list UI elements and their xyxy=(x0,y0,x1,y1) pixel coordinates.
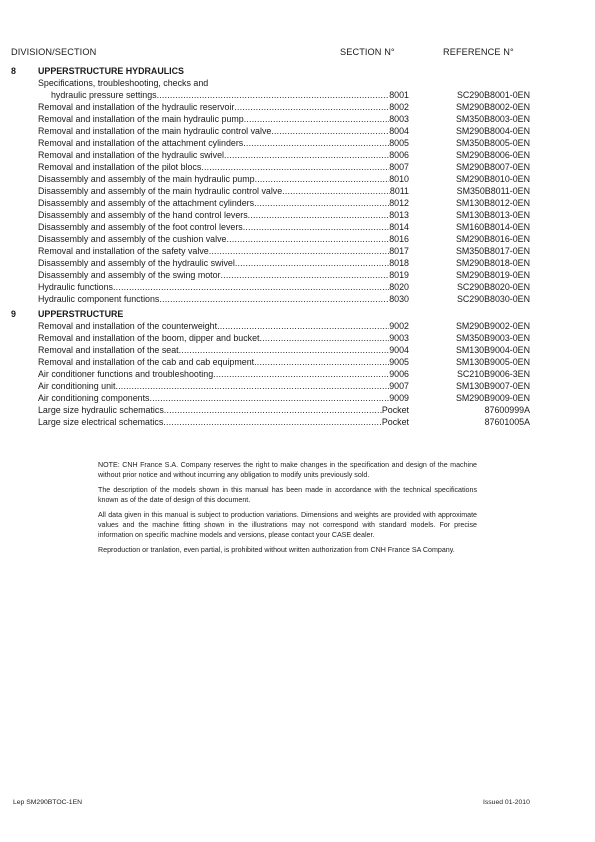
toc-entry[interactable]: Specifications, troubleshooting, checks … xyxy=(11,77,571,89)
section-title: UPPERSTRUCTURE xyxy=(38,308,123,320)
entry-section-number: 8016 xyxy=(389,233,409,245)
entry-label: hydraulic pressure settings xyxy=(51,89,157,101)
entry-label: Disassembly and assembly of the main hyd… xyxy=(38,185,282,197)
entry-section-number: 8018 xyxy=(389,257,409,269)
toc-entry[interactable]: hydraulic pressure settings8001SC290B800… xyxy=(11,89,571,101)
entry-reference-number: SM350B8003-0EN xyxy=(409,113,530,125)
leader-dots xyxy=(234,101,389,113)
entry-label: Disassembly and assembly of the foot con… xyxy=(38,221,243,233)
toc-entry[interactable]: Removal and installation of the cab and … xyxy=(11,356,571,368)
entry-section-number: 8030 xyxy=(389,293,409,305)
entry-section-number: 8019 xyxy=(389,269,409,281)
entry-label: Air conditioner functions and troublesho… xyxy=(38,368,213,380)
leader-dots xyxy=(150,392,390,404)
entry-reference-number: SM290B8007-0EN xyxy=(409,161,530,173)
entry-label: Removal and installation of the seat xyxy=(38,344,179,356)
entry-section-number: Pocket xyxy=(382,416,409,428)
entry-section-number: 8017 xyxy=(389,245,409,257)
entry-reference-number: SM290B8010-0EN xyxy=(409,173,530,185)
entry-reference-number: SM130B9005-0EN xyxy=(409,356,530,368)
leader-dots xyxy=(157,89,390,101)
entry-section-number: 9004 xyxy=(389,344,409,356)
entry-label: Air conditioning unit xyxy=(38,380,115,392)
leader-dots xyxy=(254,197,389,209)
leader-dots xyxy=(260,332,390,344)
entry-label: Removal and installation of the attachme… xyxy=(38,137,243,149)
entry-reference-number: SM350B8017-0EN xyxy=(409,245,530,257)
toc-entry[interactable]: Large size hydraulic schematics Pocket87… xyxy=(11,404,571,416)
entry-section-number: 8011 xyxy=(390,185,409,197)
entry-reference-number: SM160B8014-0EN xyxy=(409,221,530,233)
entry-label: Removal and installation of the hydrauli… xyxy=(38,149,224,161)
entry-label: Removal and installation of the cab and … xyxy=(38,356,254,368)
note-paragraph: All data given in this manual is subject… xyxy=(98,510,477,540)
toc-entry[interactable]: Disassembly and assembly of the attachme… xyxy=(11,197,571,209)
section-number: 9 xyxy=(11,308,38,320)
note-paragraph: The description of the models shown in t… xyxy=(98,485,477,505)
leader-dots xyxy=(282,185,390,197)
toc-entry[interactable]: Disassembly and assembly of the hand con… xyxy=(11,209,571,221)
entry-label: Disassembly and assembly of the swing mo… xyxy=(38,269,221,281)
entry-reference-number: SC290B8001-0EN xyxy=(409,89,530,101)
section-heading: 9UPPERSTRUCTURE xyxy=(11,308,571,320)
leader-dots xyxy=(209,245,390,257)
column-header-reference: REFERENCE N° xyxy=(443,47,514,57)
entry-reference-number: SC210B9006-3EN xyxy=(409,368,530,380)
entry-reference-number: SC290B8030-0EN xyxy=(409,293,530,305)
entry-section-number: 8002 xyxy=(389,101,409,113)
toc-entry[interactable]: Disassembly and assembly of the hydrauli… xyxy=(11,257,571,269)
entry-section-number: 8004 xyxy=(389,125,409,137)
entry-label: Large size electrical schematics xyxy=(38,416,163,428)
entry-section-number: 8010 xyxy=(389,173,409,185)
entry-reference-number: SM130B8013-0EN xyxy=(409,209,530,221)
entry-label: Removal and installation of the pilot bl… xyxy=(38,161,201,173)
entry-section-number: 9007 xyxy=(389,380,409,392)
toc-entry[interactable]: Disassembly and assembly of the foot con… xyxy=(11,221,571,233)
entry-label: Disassembly and assembly of the hydrauli… xyxy=(38,257,235,269)
toc-entry[interactable]: Disassembly and assembly of the main hyd… xyxy=(11,173,571,185)
toc-entry[interactable]: Hydraulic component functions8030SC290B8… xyxy=(11,293,571,305)
note-paragraph: NOTE: CNH France S.A. Company reserves t… xyxy=(98,460,477,480)
entry-section-number: 9003 xyxy=(389,332,409,344)
section-number: 8 xyxy=(11,65,38,77)
entry-section-number: 8001 xyxy=(389,89,409,101)
toc-entry[interactable]: Air conditioner functions and troublesho… xyxy=(11,368,571,380)
entry-reference-number: SM290B8018-0EN xyxy=(409,257,530,269)
entry-section-number: 8006 xyxy=(389,149,409,161)
entry-section-number: 8005 xyxy=(389,137,409,149)
section-heading: 8UPPERSTRUCTURE HYDRAULICS xyxy=(11,65,571,77)
leader-dots xyxy=(179,344,390,356)
toc-entry[interactable]: Removal and installation of the counterw… xyxy=(11,320,571,332)
toc-entry[interactable]: Removal and installation of the attachme… xyxy=(11,137,571,149)
column-header-division: DIVISION/SECTION xyxy=(11,47,96,57)
entry-reference-number: SM350B9003-0EN xyxy=(409,332,530,344)
leader-dots xyxy=(271,125,389,137)
entry-reference-number: SM130B9004-0EN xyxy=(409,344,530,356)
leader-dots xyxy=(243,137,389,149)
entry-reference-number: SM290B9002-0EN xyxy=(409,320,530,332)
leader-dots xyxy=(235,257,389,269)
entry-reference-number: SM130B8012-0EN xyxy=(409,197,530,209)
toc-entry[interactable]: Removal and installation of the safety v… xyxy=(11,245,571,257)
entry-reference-number: 87600999A xyxy=(409,404,530,416)
entry-section-number: 8003 xyxy=(389,113,409,125)
toc-entry[interactable]: Air conditioning components9009SM290B900… xyxy=(11,392,571,404)
entry-section-number: 8020 xyxy=(389,281,409,293)
leader-dots xyxy=(243,221,390,233)
entry-reference-number: SC290B8020-0EN xyxy=(409,281,530,293)
entry-reference-number: SM350B8011-0EN xyxy=(409,185,530,197)
entry-label: Removal and installation of the counterw… xyxy=(38,320,217,332)
entry-reference-number: SM290B8006-0EN xyxy=(409,149,530,161)
entry-section-number: 8013 xyxy=(389,209,409,221)
leader-dots xyxy=(217,320,389,332)
entry-label: Removal and installation of the main hyd… xyxy=(38,113,244,125)
entry-reference-number: SM290B8002-0EN xyxy=(409,101,530,113)
column-header-section: SECTION N° xyxy=(340,47,395,57)
entry-section-number: 9005 xyxy=(389,356,409,368)
toc-entry[interactable]: Removal and installation of the boom, di… xyxy=(11,332,571,344)
toc-entry[interactable]: Removal and installation of the hydrauli… xyxy=(11,101,571,113)
entry-reference-number: SM290B8019-0EN xyxy=(409,269,530,281)
entry-reference-number: SM290B8016-0EN xyxy=(409,233,530,245)
toc-entry[interactable]: Removal and installation of the main hyd… xyxy=(11,113,571,125)
leader-dots xyxy=(164,404,382,416)
leader-dots xyxy=(201,161,389,173)
entry-section-number: 9002 xyxy=(389,320,409,332)
entry-section-number: 9009 xyxy=(389,392,409,404)
leader-dots xyxy=(159,293,389,305)
toc-section-8: 8UPPERSTRUCTURE HYDRAULICSSpecifications… xyxy=(11,65,571,305)
entry-reference-number: SM130B9007-0EN xyxy=(409,380,530,392)
entry-section-number: Pocket xyxy=(382,404,409,416)
entry-label: Disassembly and assembly of the attachme… xyxy=(38,197,254,209)
entry-label: Hydraulic functions xyxy=(38,281,113,293)
leader-dots xyxy=(113,281,389,293)
leader-dots xyxy=(163,416,382,428)
toc-entry[interactable]: Disassembly and assembly of the main hyd… xyxy=(11,185,571,197)
table-of-contents: 8UPPERSTRUCTURE HYDRAULICSSpecifications… xyxy=(11,65,571,431)
entry-section-number: 8007 xyxy=(389,161,409,173)
entry-label: Removal and installation of the safety v… xyxy=(38,245,209,257)
leader-dots xyxy=(254,356,389,368)
leader-dots xyxy=(213,368,389,380)
entry-label: Air conditioning components xyxy=(38,392,150,404)
footer-document-code: Lep SM290BTOC-1EN xyxy=(13,799,82,806)
leader-dots xyxy=(226,233,389,245)
leader-dots xyxy=(244,113,390,125)
leader-dots xyxy=(248,209,390,221)
note-paragraph: Reproduction or tranlation, even partial… xyxy=(98,545,477,555)
entry-reference-number: 87601005A xyxy=(409,416,530,428)
entry-label: Hydraulic component functions xyxy=(38,293,159,305)
toc-entry[interactable]: Disassembly and assembly of the swing mo… xyxy=(11,269,571,281)
entry-label: Disassembly and assembly of the main hyd… xyxy=(38,173,255,185)
entry-label: Specifications, troubleshooting, checks … xyxy=(38,77,208,89)
toc-entry[interactable]: Removal and installation of the main hyd… xyxy=(11,125,571,137)
toc-entry[interactable]: Removal and installation of the seat9004… xyxy=(11,344,571,356)
entry-label: Large size hydraulic schematics xyxy=(38,404,164,416)
toc-entry[interactable]: Removal and installation of the hydrauli… xyxy=(11,149,571,161)
section-title: UPPERSTRUCTURE HYDRAULICS xyxy=(38,65,184,77)
footer-issue-date: Issued 01-2010 xyxy=(483,799,530,806)
entry-section-number: 8012 xyxy=(389,197,409,209)
entry-reference-number: SM290B8004-0EN xyxy=(409,125,530,137)
entry-label: Disassembly and assembly of the hand con… xyxy=(38,209,248,221)
entry-label: Removal and installation of the main hyd… xyxy=(38,125,271,137)
leader-dots xyxy=(221,269,390,281)
entry-label: Removal and installation of the hydrauli… xyxy=(38,101,234,113)
toc-entry[interactable]: Removal and installation of the pilot bl… xyxy=(11,161,571,173)
entry-section-number: 8014 xyxy=(389,221,409,233)
toc-entry[interactable]: Disassembly and assembly of the cushion … xyxy=(11,233,571,245)
entry-label: Disassembly and assembly of the cushion … xyxy=(38,233,226,245)
toc-section-9: 9UPPERSTRUCTURERemoval and installation … xyxy=(11,308,571,428)
leader-dots xyxy=(115,380,389,392)
toc-entry[interactable]: Large size electrical schematics Pocket8… xyxy=(11,416,571,428)
legal-notes: NOTE: CNH France S.A. Company reserves t… xyxy=(98,460,477,560)
entry-section-number: 9006 xyxy=(389,368,409,380)
leader-dots xyxy=(224,149,389,161)
entry-reference-number: SM290B9009-0EN xyxy=(409,392,530,404)
toc-entry[interactable]: Hydraulic functions 8020SC290B8020-0EN xyxy=(11,281,571,293)
entry-label: Removal and installation of the boom, di… xyxy=(38,332,260,344)
entry-reference-number: SM350B8005-0EN xyxy=(409,137,530,149)
toc-entry[interactable]: Air conditioning unit 9007SM130B9007-0EN xyxy=(11,380,571,392)
leader-dots xyxy=(255,173,390,185)
